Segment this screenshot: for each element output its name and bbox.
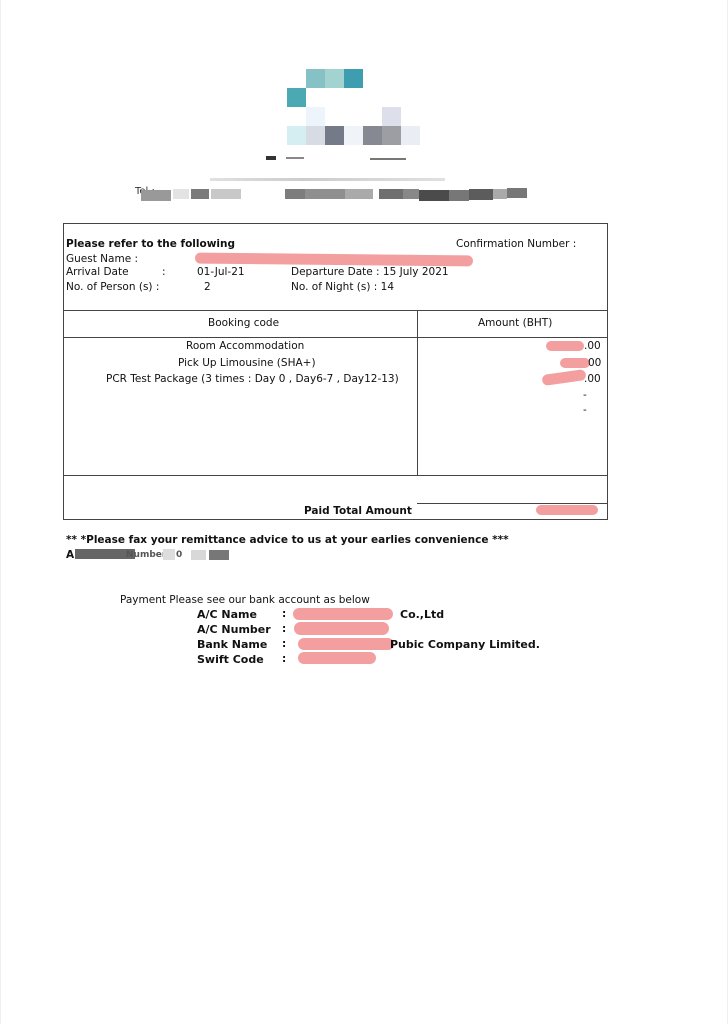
departure-date: Departure Date : 15 July 2021 (291, 267, 449, 278)
fax-notice: ** *Please fax your remittance advice to… (66, 535, 509, 546)
table-row-amount: - (583, 390, 587, 401)
table-row-amount: - (583, 405, 587, 416)
address-redacted (210, 178, 445, 181)
bank-name-colon: : (282, 639, 286, 650)
account-number-redacted: A Number . 0 (66, 549, 236, 561)
table-row-amount: 00 (588, 358, 601, 369)
amount-redaction (560, 358, 590, 368)
bank-name-label: Bank Name (197, 639, 267, 650)
nights-label: No. of Night (s) : 14 (291, 282, 394, 293)
ac-name-suffix: Co.,Ltd (400, 609, 444, 620)
hotel-logo (287, 69, 420, 145)
arrival-date-colon: : (162, 267, 166, 278)
persons-value: 2 (204, 282, 211, 293)
swift-code-colon: : (282, 654, 286, 665)
ac-name-redaction (293, 608, 393, 620)
column-header-amount: Amount (BHT) (478, 318, 552, 329)
table-row-item: Pick Up Limousine (SHA+) (178, 358, 316, 369)
table-row-amount: .00 (584, 374, 601, 385)
table-body-divider (63, 475, 608, 476)
table-column-divider (417, 310, 418, 475)
hotel-name-redacted (266, 156, 406, 161)
arrival-date-label: Arrival Date (66, 267, 129, 278)
swift-code-label: Swift Code (197, 654, 264, 665)
total-bottom-rule (417, 519, 608, 520)
paid-total-label: Paid Total Amount (304, 506, 412, 517)
bank-name-suffix: Pubic Company Limited. (390, 639, 540, 650)
table-header-divider (63, 337, 608, 338)
amount-redaction (546, 341, 584, 351)
ac-number-colon: : (282, 624, 286, 635)
column-header-booking-code: Booking code (208, 318, 279, 329)
payment-intro: Payment Please see our bank account as b… (120, 595, 370, 606)
ac-number-label: A/C Number (197, 624, 271, 635)
total-top-rule (417, 503, 608, 504)
bank-name-redaction (298, 638, 394, 650)
table-row-item: PCR Test Package (3 times : Day 0 , Day6… (106, 374, 399, 385)
swift-code-redaction (298, 652, 376, 664)
guest-name-label: Guest Name : (66, 254, 138, 265)
ac-number-redaction (294, 622, 389, 635)
table-row-item: Room Accommodation (186, 341, 304, 352)
persons-label: No. of Person (s) : (66, 282, 159, 293)
confirmation-number-label: Confirmation Number : (456, 239, 576, 250)
info-intro: Please refer to the following (66, 239, 235, 250)
ac-name-label: A/C Name (197, 609, 257, 620)
ac-name-colon: : (282, 609, 286, 620)
total-amount-redaction (536, 505, 598, 515)
table-row-amount: .00 (584, 341, 601, 352)
contact-line: Tel : (135, 186, 535, 202)
arrival-date-value: 01-Jul-21 (197, 267, 245, 278)
charges-table (63, 310, 608, 520)
